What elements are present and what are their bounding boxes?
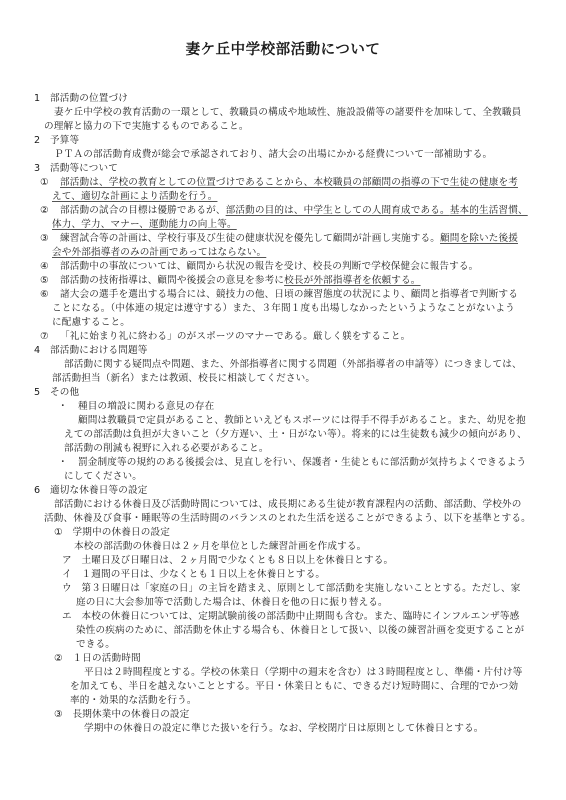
section-3-item-3: ③練習試合等の計画は、学校行事及び生徒の健康状況を優先して顧問が計画し実施する。… bbox=[40, 232, 518, 246]
item-text-underlined: 体力、学力、マナー、運動能力の向上等。 bbox=[52, 219, 237, 230]
item-marker: ② bbox=[40, 204, 60, 218]
section-1-heading: 1 部活動の位置づけ bbox=[34, 92, 128, 106]
section-6-sub-1-item-u-cont: 庭の日に大会参加等で活動した場合は、休養日を他の日に振り替える。 bbox=[76, 596, 388, 610]
section-5-bullet-1-line: 顧問は教職員で定員があること、教師といえどもスポーツには得手不得手があること。ま… bbox=[78, 414, 526, 428]
section-6-sub-2-heading: ② １日の活動時間 bbox=[54, 652, 141, 666]
item-text-underlined: 校長が外部指導者を依頼する。 bbox=[284, 275, 420, 286]
section-6-sub-1-item-i: イ １週間の平日は、少なくとも１日以上を休養日とする。 bbox=[62, 568, 325, 582]
item-marker: ① bbox=[40, 176, 60, 190]
section-6-sub-3-line: 学期中の休養日の設定に準じた扱いを行う。なお、学校閉庁日は原則として休養日とする… bbox=[84, 722, 484, 736]
section-3-item-6-cont: ことになる。（中体連の規定は遵守する）また、３年間１度も出場しなかったというよう… bbox=[52, 302, 515, 316]
section-3-item-7: ⑦「礼に始まり礼に終わる」のがスポーツのマナーである。厳しく躾をすること。 bbox=[40, 330, 410, 344]
section-6-sub-2-line: 平日は２時間程度とする。学校の休業日（学期中の週末を含む）は３時間程度とし、準備… bbox=[84, 666, 522, 680]
item-marker: ④ bbox=[40, 260, 60, 274]
section-3-item-1-cont: えて、適切な計画により活動を行う。 bbox=[52, 190, 217, 204]
section-6-sub-1-heading: ① 学期中の休養日の設定 bbox=[54, 526, 170, 540]
section-5-bullet-1-line: 部活動の削減も視野に入れる必要があること。 bbox=[64, 442, 269, 456]
section-5-bullet-2: ・罰金制度等の規約のある後援会は、見直しを行い、保護者・生徒ともに部活動が気持ち… bbox=[58, 456, 526, 470]
document-title: 妻ケ丘中学校部活動について bbox=[0, 44, 566, 58]
section-6-sub-1-item-a: ア 土曜日及び日曜日は、２ヶ月間で少なくとも８日以上を休養日とする。 bbox=[62, 554, 393, 568]
section-6-sub-2-line: を加えても、半日を越えないこととする。平日・休業日ともに、できるだけ短時間に、合… bbox=[70, 680, 518, 694]
section-3-heading: 3 活動等について bbox=[34, 162, 118, 176]
section-3-item-3-cont: 会や外部指導者のみの計画であってはならない。 bbox=[52, 246, 266, 260]
item-text-underlined: 会や外部指導者のみの計画であってはならない。 bbox=[52, 247, 266, 258]
section-6-heading: 6 適切な休養日等の設定 bbox=[34, 484, 147, 498]
item-text-underlined: 顧問を除いた後援 bbox=[440, 233, 518, 244]
bullet-title: 種目の増設に関わる意見の存在 bbox=[78, 401, 214, 412]
item-text: 部活動の技術指導は、顧問や後援会の意見を参考に bbox=[60, 275, 284, 286]
section-6-sub-1-item-u: ウ 第３日曜日は「家庭の日」の主旨を踏まえ、原則として部活動を実施しないこととす… bbox=[62, 582, 521, 596]
section-3-item-5: ⑤部活動の技術指導は、顧問や後援会の意見を参考に校長が外部指導者を依頼する。 bbox=[40, 274, 421, 288]
section-6-sub-1-item-e-cont: できる。 bbox=[76, 638, 115, 652]
section-6-sub-1-item-e: エ 本校の休養日については、定期試験前後の部活動中止期間も含む。また、臨時にイン… bbox=[62, 610, 519, 624]
item-text: 部活動は、学校の教育としての位置づけであることから、本校職員の部顧問の指導の下で… bbox=[60, 177, 518, 188]
section-3-item-2: ②部活動の試合の目標は優勝であるが、部活動の目的は、中学生としての人間育成である… bbox=[40, 204, 528, 218]
item-text: 諸大会の選手を選出する場合には、競技力の他、日頃の練習態度の状況により、顧問と指… bbox=[60, 289, 518, 300]
item-text: 部活動中の事故については、顧問から状況の報告を受け、校長の判断で学校保健会に報告… bbox=[60, 261, 478, 272]
bullet-icon: ・ bbox=[58, 456, 78, 470]
item-marker: ⑥ bbox=[40, 288, 60, 302]
item-text: 練習試合等の計画は、学校行事及び生徒の健康状況を優先して顧問が計画し実施する。 bbox=[60, 233, 440, 244]
item-text: 「礼に始まり礼に終わる」のがスポーツのマナーである。厳しく躾をすること。 bbox=[60, 331, 410, 342]
section-6-sub-3-heading: ③ 長期休業中の休養日の設定 bbox=[54, 708, 189, 722]
item-text-underlined: 基本的生活習慣、 bbox=[450, 205, 528, 216]
section-5-bullet-1: ・種目の増設に関わる意見の存在 bbox=[58, 400, 214, 414]
bullet-icon: ・ bbox=[58, 400, 78, 414]
item-text: えて、適切な計画により活動を行う。 bbox=[52, 191, 217, 202]
section-2-heading: 2 予算等 bbox=[34, 134, 79, 148]
section-5-bullet-2-line: にしてください。 bbox=[64, 470, 142, 484]
item-marker: ⑤ bbox=[40, 274, 60, 288]
section-5-heading: 5 その他 bbox=[34, 386, 79, 400]
section-3-item-2-cont: 体力、学力、マナー、運動能力の向上等。 bbox=[52, 218, 237, 232]
section-4-line: 部活動担当（新名）または教頭、校長に相談してください。 bbox=[52, 372, 315, 386]
section-1-line: の理解と協力の下で実施するものであること。 bbox=[44, 120, 249, 134]
section-4-line: 部活動に関する疑問点や問題、また、外部指導者に関する問題（外部指導者の申請等）に… bbox=[64, 358, 522, 372]
section-3-item-6: ⑥諸大会の選手を選出する場合には、競技力の他、日頃の練習態度の状況により、顧問と… bbox=[40, 288, 518, 302]
section-5-bullet-1-line: えての部活動は負担が大きいこと（夕方遅い、土・日がない等）。将来的には生徒数も減… bbox=[64, 428, 527, 442]
section-6-intro-line: 活動、休養及び食事・睡眠等の生活時間のバランスのとれた生活を送ることができるよう… bbox=[44, 512, 531, 526]
item-marker: ③ bbox=[40, 232, 60, 246]
section-4-heading: 4 部活動における問題等 bbox=[34, 344, 147, 358]
section-6-sub-2-line: 率的・効果的な活動を行う。 bbox=[70, 694, 197, 708]
item-marker: ⑦ bbox=[40, 330, 60, 344]
bullet-text: 罰金制度等の規約のある後援会は、見直しを行い、保護者・生徒ともに部活動が気持ちよ… bbox=[78, 457, 526, 468]
item-text-underlined: 部活動の目的は、中学生としての人間育成である。 bbox=[226, 205, 450, 216]
section-3-item-4: ④部活動中の事故については、顧問から状況の報告を受け、校長の判断で学校保健会に報… bbox=[40, 260, 478, 274]
item-text: 部活動の試合の目標は優勝であるが、 bbox=[60, 205, 226, 216]
section-6-sub-1-intro: 本校の部活動の休養日は２ヶ月を単位とした練習計画を作成する。 bbox=[74, 540, 366, 554]
section-2-line: ＰＴＡの部活動育成費が総会で承認されており、諸大会の出場にかかる経費について一部… bbox=[54, 148, 492, 162]
section-3-item-6-cont: に配慮すること。 bbox=[52, 316, 130, 330]
section-3-item-1: ①部活動は、学校の教育としての位置づけであることから、本校職員の部顧問の指導の下… bbox=[40, 176, 518, 190]
section-6-sub-1-item-e-cont: 染性の疾病のために、部活動を休止する場合も、休養日として扱い、以後の練習計画を変… bbox=[76, 624, 524, 638]
section-1-line: 妻ケ丘中学校の教育活動の一環として、教職員の構成や地域性、施設設備等の諸要件を加… bbox=[54, 106, 521, 120]
section-6-intro-line: 部活動における休養日及び活動時間については、成長期にある生徒が教育課程内の活動、… bbox=[54, 498, 522, 512]
